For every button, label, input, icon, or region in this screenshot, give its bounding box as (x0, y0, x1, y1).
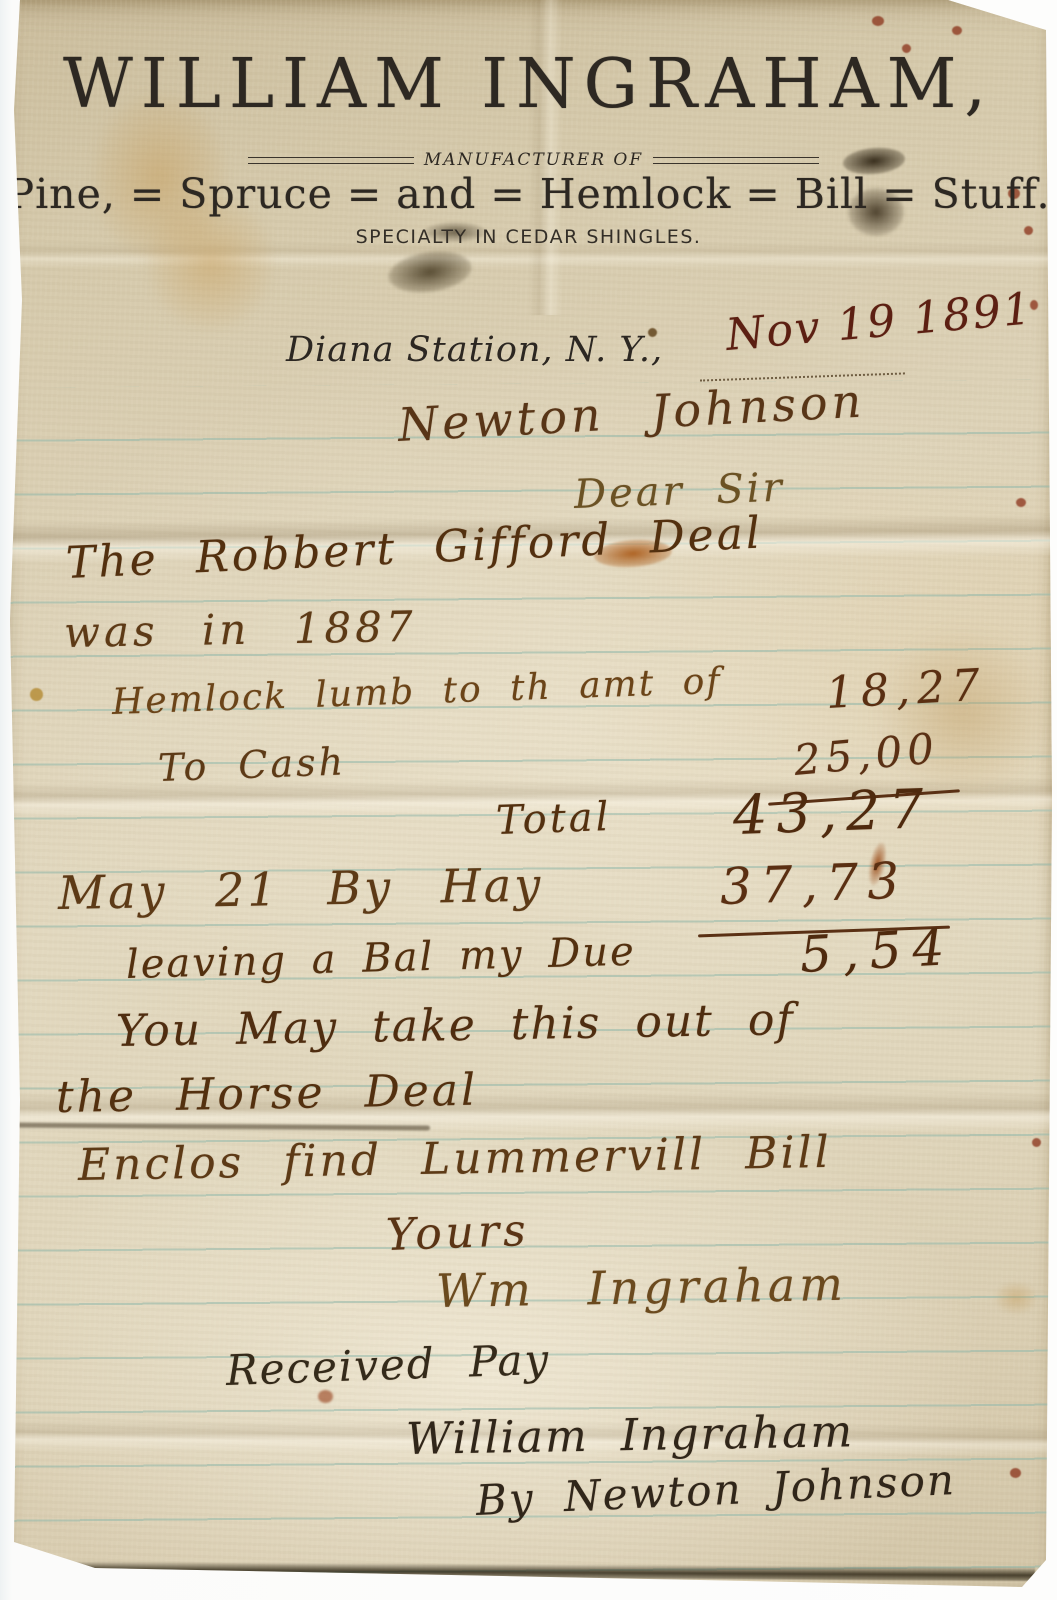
products-line: Pine, = Spruce = and = Hemlock = Bill = … (0, 170, 1057, 218)
manufacturer-label: MANUFACTURER OF (424, 150, 643, 170)
stain (995, 1282, 1037, 1314)
account-amount: 37,73 (719, 851, 909, 916)
speck (1032, 1138, 1041, 1147)
printed-place: Diana Station, N. Y., (286, 330, 663, 370)
specialty-line: SPECIALTY IN CEDAR SHINGLES. (0, 226, 1057, 248)
receipt-signature: William Ingraham (406, 1406, 855, 1465)
body-line: the Horse Deal (56, 1065, 479, 1123)
speck (1016, 498, 1026, 507)
company-name: WILLIAM INGRAHAM, (0, 48, 1057, 123)
speck (1010, 1468, 1021, 1478)
account-label: To Cash (157, 739, 346, 790)
account-label: May 21 By Hay (58, 858, 544, 920)
stain (30, 688, 43, 701)
scanned-letter: WILLIAM INGRAHAM, MANUFACTURER OF Pine, … (0, 0, 1057, 1600)
speck (872, 16, 884, 26)
signature: Wm Ingraham (436, 1257, 848, 1318)
letter-paper: WILLIAM INGRAHAM, MANUFACTURER OF Pine, … (0, 0, 1057, 1600)
account-amount: 5,54 (798, 918, 956, 984)
closing: Yours (385, 1205, 530, 1261)
account-amount: 43,27 (732, 777, 934, 847)
account-amount: 18,27 (825, 660, 988, 719)
manufacturer-line: MANUFACTURER OF (248, 150, 819, 170)
account-label: Total (495, 794, 612, 844)
rule-right (653, 157, 819, 164)
stain (318, 1390, 333, 1403)
body-line: was in 1887 (64, 602, 417, 657)
speck (952, 26, 962, 35)
rule-left (248, 157, 414, 164)
